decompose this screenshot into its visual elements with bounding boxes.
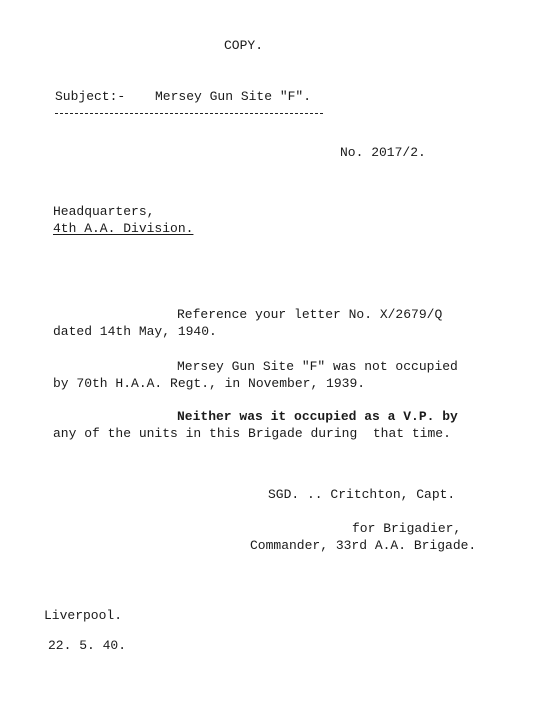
paragraph-1-line-2: dated 14th May, 1940. [53,324,217,340]
date: 22. 5. 40. [48,638,126,654]
signature-title: Commander, 33rd A.A. Brigade. [250,538,476,554]
copy-header: COPY. [224,38,263,54]
paragraph-2-line-2: by 70th H.A.A. Regt., in November, 1939. [53,376,365,392]
signature-for: for Brigadier, [352,521,461,537]
subject-text: Mersey Gun Site "F". [155,89,311,105]
paragraph-3-line-2: any of the units in this Brigade during … [53,426,451,442]
addressee-line-1: Headquarters, [53,204,154,220]
subject-label: Subject:- [55,89,125,105]
addressee-line-2: 4th A.A. Division. [53,221,193,237]
signature-line: SGD. .. Critchton, Capt. [268,487,455,503]
reference-number: No. 2017/2. [340,145,426,161]
paragraph-1-line-1: Reference your letter No. X/2679/Q [177,307,442,323]
paragraph-3-line-1: Neither was it occupied as a V.P. by [177,409,458,425]
subject-underline [55,113,323,114]
place: Liverpool. [44,608,122,624]
paragraph-2-line-1: Mersey Gun Site "F" was not occupied [177,359,458,375]
